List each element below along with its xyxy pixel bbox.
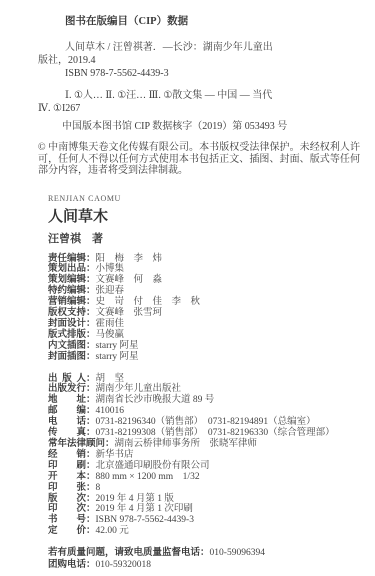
publication-label: 邮编 [48,406,86,417]
publication-row: 开本：880 mm × 1200 mm 1/32 [48,472,357,483]
publication-label: 版次 [48,494,86,505]
credit-label: 策划出品 [48,264,86,275]
credit-label: 封面设计 [48,319,86,330]
publication-row: 经销：新华书店 [48,450,357,461]
publication-value: 8 [96,483,101,493]
credit-label: 责任编辑 [48,254,86,265]
credit-row: 封面设计：霍雨佳 [48,319,357,330]
cip-classification-line2: Ⅳ. ①I267 [38,102,357,115]
publication-label: 印次 [48,504,86,515]
publication-value: 北京盛通印刷股份有限公司 [96,461,210,471]
colon: ： [86,450,96,460]
publication-block: 出版人：胡 坚 出版发行：湖南少年儿童出版社 地址：湖南省长沙市晚报大道 89 … [48,374,357,538]
credit-label: 版权支持 [48,308,86,319]
publication-value: ISBN 978-7-5562-4439-3 [96,515,194,525]
publication-value: 新华书店 [96,450,134,460]
colon: ： [86,494,96,504]
credit-value: 文赛峰 张雪珂 [96,308,163,318]
cip-isbn: ISBN 978-7-5562-4439-3 [65,67,357,80]
credit-label: 封面插图 [48,352,86,363]
publication-row: 电话：0731-82196340（销售部） 0731-82194891（总编室） [48,417,357,428]
colon: ： [86,254,96,264]
publication-value: 42.00 元 [96,526,129,536]
publication-row: 邮编：410016 [48,406,357,417]
credit-row: 责任编辑：阳 梅 李 炜 [48,254,357,265]
colon: ： [86,526,96,536]
publication-label: 书号 [48,515,86,526]
publication-label: 开本 [48,472,86,483]
credit-value: starry 阿星 [96,341,139,351]
book-author: 汪曾祺 著 [48,230,357,246]
publication-value: 胡 坚 [96,374,125,384]
credit-row: 版权支持：文赛峰 张雪珂 [48,308,357,319]
publication-value: 2019 年 4 月第 1 版 [96,494,174,504]
cip-entry-line1: 人间草木 / 汪曾祺著．—长沙：湖南少年儿童出 [65,41,357,54]
publication-label: 地址 [48,395,86,406]
colon: ： [86,330,96,340]
credit-label: 营销编辑 [48,297,86,308]
cip-entry-line2: 版社，2019.4 [38,54,357,67]
publication-value: 2019 年 4 月第 1 次印刷 [96,504,193,514]
quality-hotline-number: 010-59096394 [210,548,265,558]
colon: ： [86,560,96,570]
colon: ： [86,483,96,493]
publication-row: 书号：ISBN 978-7-5562-4439-3 [48,515,357,526]
publication-label: 印张 [48,483,86,494]
credit-label: 特约编辑 [48,286,86,297]
credit-value: 马俊赢 [96,330,125,340]
colon: ： [86,264,96,274]
publication-row: 传真：0731-82199308（销售部） 0731-82196330（综合管理… [48,428,357,439]
cip-header: 图书在版编目（CIP）数据 [65,15,357,28]
publication-label: 常年法律顾问 [48,439,105,450]
colon: ： [86,504,96,514]
quality-hotline-row: 若有质量问题，请致电质量监督电话：010-59096394 [48,547,357,559]
colon: ： [86,297,96,307]
credit-value: 小博集 [96,264,125,274]
publication-row: 出版发行：湖南少年儿童出版社 [48,384,357,395]
credit-value: 史 岢 付 佳 李 秋 [96,297,201,307]
credit-value: 文赛峰 何 淼 [96,275,163,285]
credit-label: 版式排版 [48,330,86,341]
quality-hotline-label: 若有质量问题，请致电质量监督电话 [48,547,200,559]
colon: ： [86,515,96,525]
credit-value: 霍雨佳 [96,319,125,329]
publication-row: 出版人：胡 坚 [48,374,357,385]
colon: ： [86,319,96,329]
colon: ： [86,341,96,351]
publication-value: 0731-82199308（销售部） 0731-82196330（综合管理部） [96,428,335,438]
publication-value: 0731-82196340（销售部） 0731-82194891（总编室） [96,417,316,427]
colon: ： [86,352,96,362]
group-purchase-number: 010-59320018 [96,560,151,570]
credit-label: 内文插图 [48,341,86,352]
cip-block: 图书在版编目（CIP）数据 人间草木 / 汪曾祺著．—长沙：湖南少年儿童出 版社… [38,15,357,133]
credit-row: 封面插图：starry 阿星 [48,352,357,363]
publication-row: 常年法律顾问：湖南云桥律师事务所 张晓军律师 [48,439,357,450]
publication-value: 湖南少年儿童出版社 [96,384,182,394]
publication-row: 印刷：北京盛通印刷股份有限公司 [48,461,357,472]
publication-label: 电话 [48,417,86,428]
publication-value: 880 mm × 1200 mm 1/32 [96,472,200,482]
publication-row: 版次：2019 年 4 月第 1 版 [48,494,357,505]
credit-label: 策划编辑 [48,275,86,286]
colon: ： [86,395,96,405]
publication-label: 传真 [48,428,86,439]
colon: ： [200,548,210,558]
colon: ： [105,439,115,449]
credits-block: 责任编辑：阳 梅 李 炜 策划出品：小博集 策划编辑：文赛峰 何 淼 特约编辑：… [48,254,357,363]
credit-row: 策划编辑：文赛峰 何 淼 [48,275,357,286]
publication-row: 印次：2019 年 4 月第 1 次印刷 [48,504,357,515]
publication-label: 出版发行 [48,384,86,395]
publication-label: 经销 [48,450,86,461]
colon: ： [86,384,96,394]
colon: ： [86,472,96,482]
cip-classification-line1: Ⅰ. ①人… Ⅱ. ①汪… Ⅲ. ①散文集 — 中国 — 当代 [65,89,357,102]
cip-record-number: 中国版本图书馆 CIP 数据核字（2019）第 053493 号 [62,120,357,133]
publication-value: 410016 [96,406,125,416]
colon: ： [86,308,96,318]
colon: ： [86,428,96,438]
book-title: 人间草木 [48,205,357,226]
credit-row: 版式排版：马俊赢 [48,330,357,341]
colophon-page: 图书在版编目（CIP）数据 人间草木 / 汪曾祺著．—长沙：湖南少年儿童出 版社… [0,0,375,571]
title-block: RENJIAN CAOMU 人间草木 汪曾祺 著 [48,194,357,246]
publication-row: 地址：湖南省长沙市晚报大道 89 号 [48,395,357,406]
publication-value: 湖南云桥律师事务所 张晓军律师 [115,439,258,449]
credit-row: 特约编辑：张迎春 [48,286,357,297]
title-romanized: RENJIAN CAOMU [48,194,357,203]
publication-label: 印刷 [48,461,86,472]
credit-row: 营销编辑：史 岢 付 佳 李 秋 [48,297,357,308]
colon: ： [86,461,96,471]
credit-value: starry 阿星 [96,352,139,362]
publication-row: 定价：42.00 元 [48,526,357,537]
colon: ： [86,286,96,296]
group-purchase-label: 团购电话 [48,559,86,571]
credit-value: 张迎春 [96,286,125,296]
colon: ： [86,406,96,416]
copyright-notice: © 中南博集天卷文化传媒有限公司。本书版权受法律保护。未经权利人许可，任何人不得… [38,142,360,177]
colon: ： [86,374,96,384]
colon: ： [86,417,96,427]
group-purchase-row: 团购电话：010-59320018 [48,559,357,571]
credit-row: 内文插图：starry 阿星 [48,341,357,352]
publication-label: 定价 [48,526,86,537]
publication-row: 印张：8 [48,483,357,494]
colon: ： [86,275,96,285]
publication-value: 湖南省长沙市晚报大道 89 号 [96,395,215,405]
quality-hotline-block: 若有质量问题，请致电质量监督电话：010-59096394 团购电话：010-5… [48,547,357,571]
publication-label: 出版人 [48,374,86,385]
credit-row: 策划出品：小博集 [48,264,357,275]
credit-value: 阳 梅 李 炜 [96,254,163,264]
